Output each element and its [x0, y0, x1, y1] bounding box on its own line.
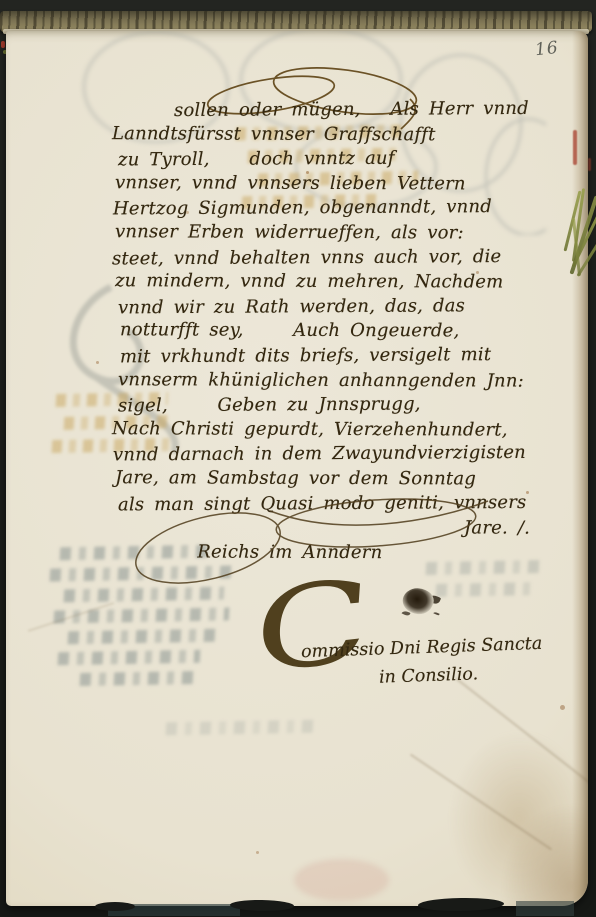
deckle-edge-notch — [418, 897, 504, 911]
ink-blot — [399, 583, 437, 619]
manuscript-line: vnnserm khüniglichen anhanngenden Jnn: — [112, 368, 580, 394]
red-edge-mark — [573, 130, 577, 165]
manuscript-line: steet, vnnd behalten vnns auch vor, die — [112, 244, 580, 271]
manuscript-line: zu mindern, vnnd zu mehren, Nachdem — [112, 269, 580, 295]
manuscript-line: Hertzog Sigmunden, obgenanndt, vnnd — [112, 195, 580, 222]
manuscript-line: vnnser, vnnd vnnsers lieben Vettern — [112, 171, 580, 197]
manuscript-line: vnnser Erben widerrueffen, als vor: — [112, 220, 580, 246]
bleed-through-text — [58, 650, 201, 665]
manuscript-line: Jare, am Sambstag vor dem Sonntag — [112, 466, 580, 492]
latin-subscription: C ommissio Dni Regis Sancta in Consilio. — [275, 586, 585, 746]
manuscript-line: Lanndtsfürsst vnnser Graffschafft — [112, 122, 580, 148]
manuscript-line: zu Tyroll, doch vnntz auf — [112, 146, 580, 173]
deckle-edge-notch — [95, 902, 135, 911]
binding-speck — [1, 41, 5, 48]
subscription-line-2: in Consilio. — [379, 664, 479, 687]
manuscript-line: Nach Christi gepurdt, Vierzehenhundert, — [112, 417, 580, 443]
manuscript-line: sollen oder mügen, Als Herr vnnd — [112, 97, 580, 124]
flourished-initial-c: C — [245, 565, 381, 688]
manuscript-line: notturfft sey, Auch Ongeuerde, — [112, 319, 580, 345]
manuscript-line: sigel, Geben zu Jnnsprugg, — [112, 392, 580, 419]
bookmark-tassel — [569, 188, 596, 286]
manuscript-page: 16 sollen oder mügen, Als Herr vnnd Lann… — [6, 31, 588, 906]
scan-background: 16 sollen oder mügen, Als Herr vnnd Lann… — [0, 0, 596, 917]
manuscript-line: mit vrkhundt dits briefs, versigelt mit — [112, 343, 580, 370]
paper-stain — [294, 859, 389, 901]
scanner-bed-patch — [516, 901, 574, 916]
bleed-through-text — [68, 629, 219, 645]
folio-number: 16 — [534, 38, 560, 60]
red-edge-mark — [588, 158, 591, 171]
manuscript-line: vnnd darnach in dem Zwayundvierzigisten — [112, 441, 580, 468]
bleed-through-text — [80, 671, 199, 686]
manuscript-text-block: sollen oder mügen, Als Herr vnnd Lanndts… — [112, 98, 580, 541]
manuscript-line: vnnd wir zu Rath werden, das, das — [112, 293, 580, 320]
